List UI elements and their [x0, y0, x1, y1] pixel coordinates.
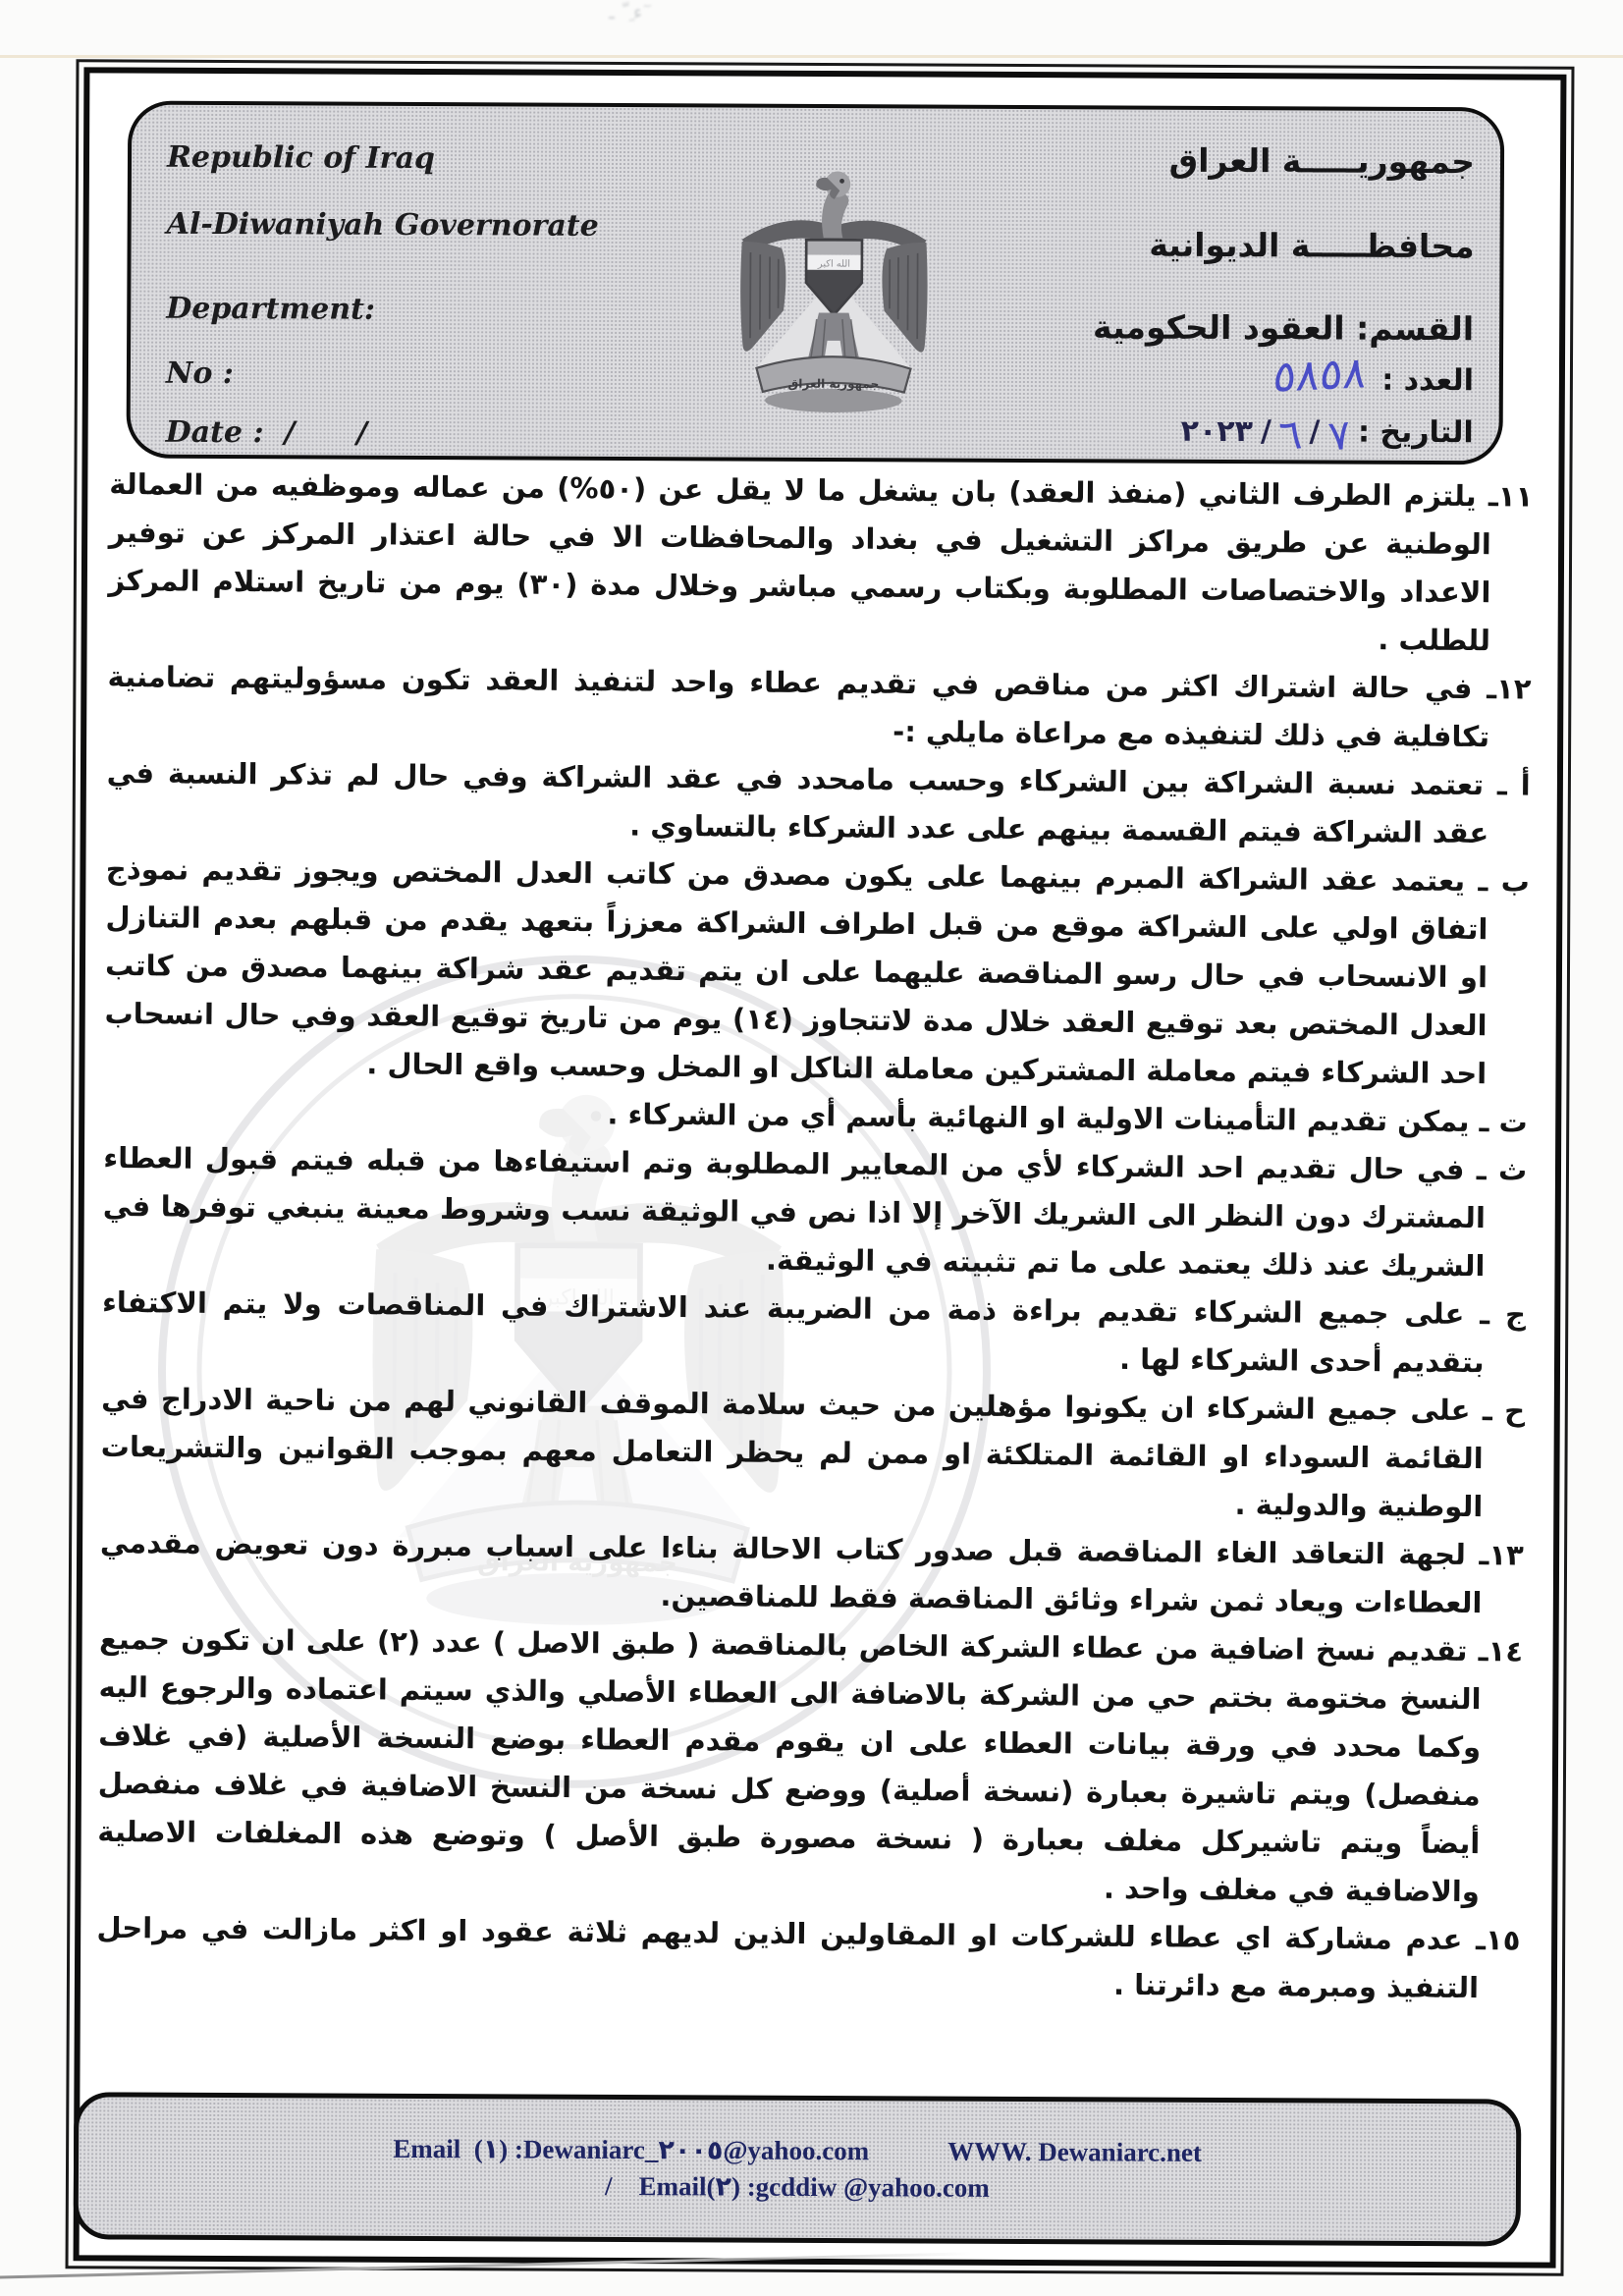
document-sheet: Republic of Iraq Al-Diwaniyah Governorat…	[74, 67, 1567, 2268]
body-item-12-a: أ ـ تعتمد نسبة الشراكة بين الشركاء وحسب …	[100, 749, 1531, 858]
document-number-handwritten: ٥٨٥٨	[1271, 352, 1368, 399]
english-date-row: Date : / /	[166, 415, 382, 451]
letterhead: Republic of Iraq Al-Diwaniyah Governorat…	[127, 101, 1505, 465]
date-day-handwritten: ٧	[1326, 414, 1353, 458]
date-separator: /	[1309, 414, 1320, 449]
body-item-13: ١٣ـ لجهة التعاقد الغاء المناقصة قبل صدور…	[93, 1519, 1524, 1628]
body-item-12-j: ج ـ على جميع الشركاء تقديم براءة ذمة من …	[95, 1279, 1526, 1388]
body-item-12-h: ح ـ على جميع الشركاء ان يكونوا مؤهلين من…	[94, 1375, 1525, 1532]
arabic-department: القسم: العقود الحكومية	[1093, 307, 1474, 348]
document-date-row: ٢٠٢٣ / ٦ / ٧ التاريخ :	[1181, 410, 1474, 453]
english-country: Republic of Iraq	[167, 140, 435, 176]
letterhead-arabic: جمهوريـــــة العراق محافظـــــة الديواني…	[963, 109, 1476, 462]
arabic-governorate: محافظـــــة الديوانية	[1149, 226, 1474, 266]
footer-line-2: / Email(٢) :gcddiw @yahoo.com	[605, 2171, 990, 2204]
scan-artifact-line	[0, 55, 1623, 58]
body-item-14: ١٤ـ تقديم نسخ اضافية من عطاء الشركة الخا…	[91, 1615, 1524, 1917]
date-separator: /	[1261, 414, 1271, 449]
scan-artifact-top: ء ٍ ّ ـ ٓ	[609, 0, 1060, 22]
english-date-label: Date :	[166, 415, 264, 450]
body-item-12-b: ب ـ يعتمد عقد الشراكة المبرم بينهما على …	[98, 846, 1530, 1099]
english-governorate: Al-Diwaniyah Governorate	[167, 207, 599, 244]
document-number-row: ٥٨٥٨ العدد :	[1273, 354, 1474, 398]
body-item-11: ١١ـ يلتزم الطرف الثاني (منفذ العقد) بان …	[102, 461, 1534, 666]
english-no-label: No :	[166, 356, 234, 391]
scanned-document-page: ء ٍ ّ ـ ٓ Republic of Iraq Al-Diwaniyah …	[0, 0, 1623, 2296]
footer-email-2: / Email(٢) :gcddiw @yahoo.com	[605, 2171, 990, 2204]
english-date-slashes: / /	[263, 415, 367, 451]
footer-email-1: Email (١) :Dewaniarc_٢٠٠٥@yahoo.com	[393, 2134, 869, 2166]
document-body: ١١ـ يلتزم الطرف الثاني (منفذ العقد) بان …	[90, 461, 1534, 2013]
english-department-label: Department:	[166, 292, 375, 327]
footer-line-1: Email (١) :Dewaniarc_٢٠٠٥@yahoo.com WWW.…	[393, 2134, 1202, 2168]
number-label: العدد :	[1381, 363, 1474, 398]
body-item-12-th: ث ـ في حال تقديم احد الشركاء لأي من المع…	[96, 1134, 1527, 1291]
footer-website: WWW. Dewaniarc.net	[947, 2137, 1202, 2168]
body-item-15: ١٥ـ عدم مشاركة اي عطاء للشركات او المقاو…	[90, 1904, 1521, 2013]
body-item-12: ١٢ـ في حالة اشتراك اكثر من مناقص في تقدي…	[101, 653, 1532, 762]
date-label: التاريخ :	[1358, 414, 1474, 450]
date-month-handwritten: ٦	[1277, 413, 1304, 457]
iraq-eagle-emblem: الله اكبر جمهورية العراق	[716, 121, 953, 446]
contact-footer: Email (١) :Dewaniarc_٢٠٠٥@yahoo.com WWW.…	[74, 2092, 1522, 2246]
date-year: ٢٠٢٣	[1181, 413, 1253, 448]
letterhead-english: Republic of Iraq Al-Diwaniyah Governorat…	[166, 105, 629, 457]
arabic-country: جمهوريـــــة العراق	[1169, 141, 1476, 182]
